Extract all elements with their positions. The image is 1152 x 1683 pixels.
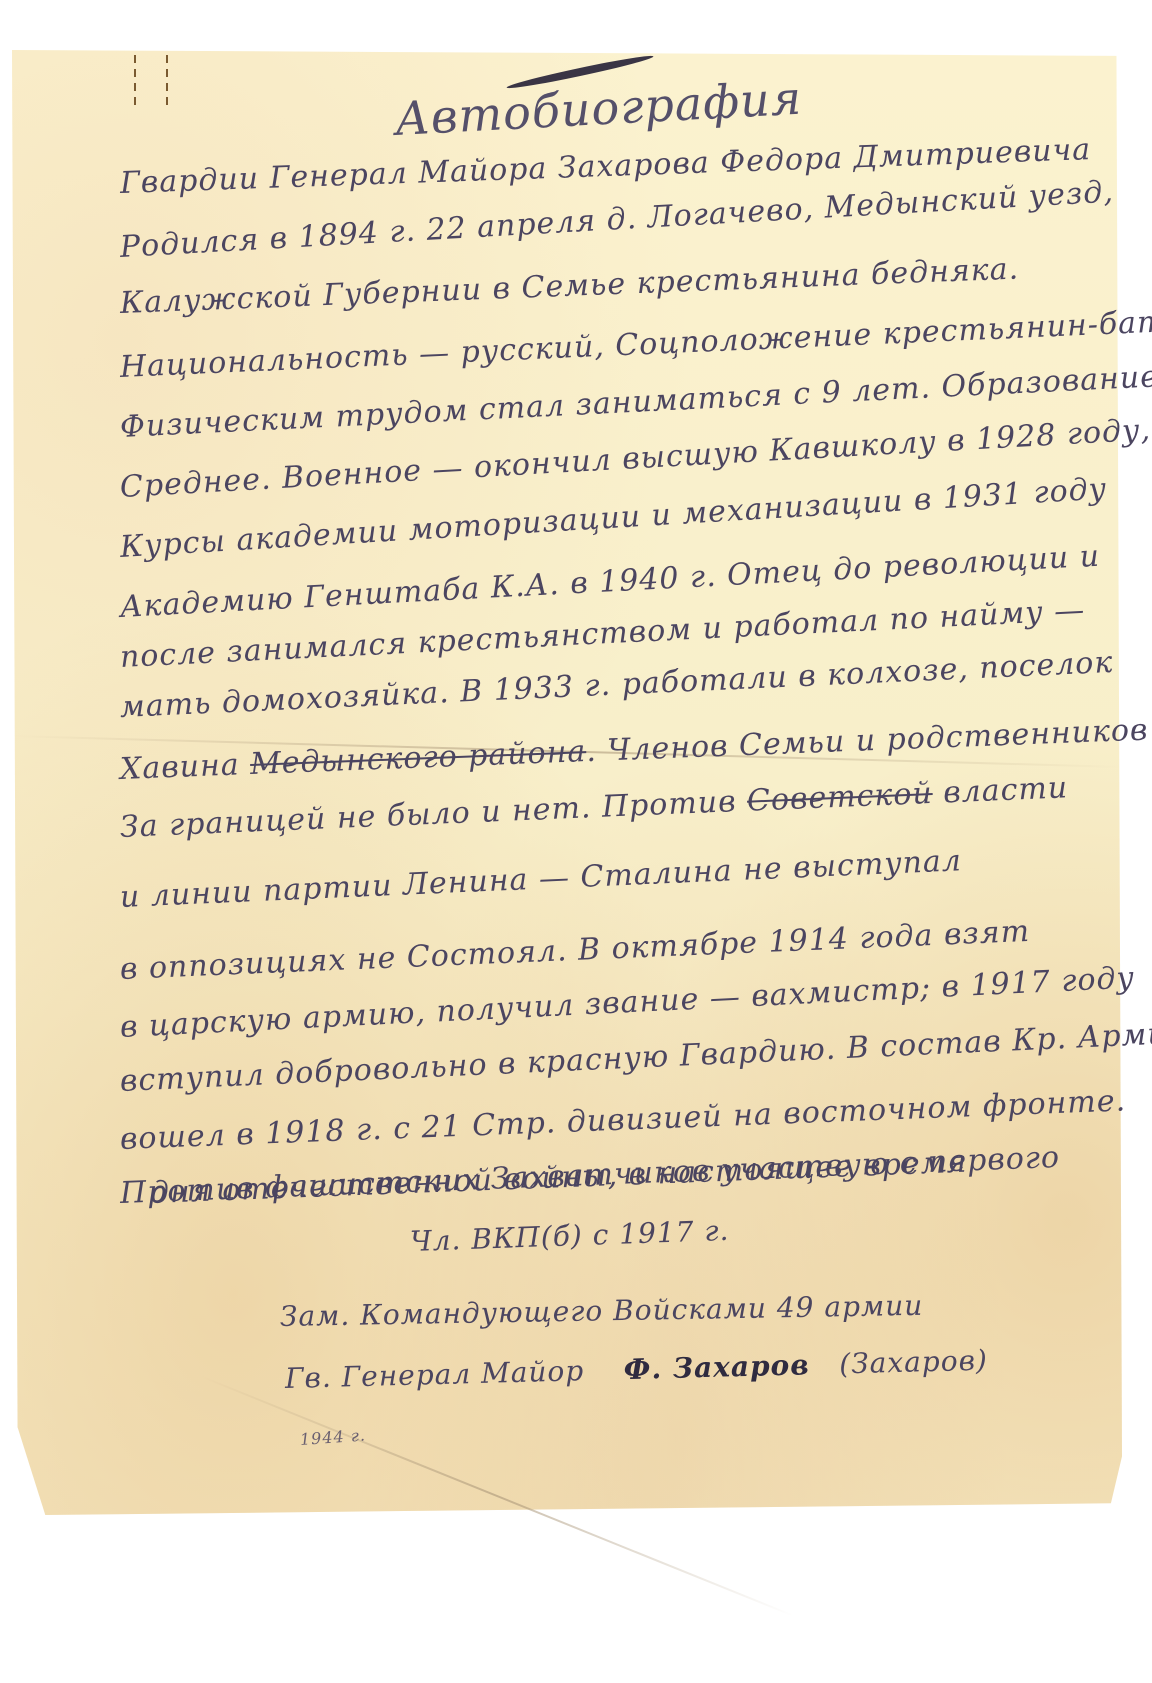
margin-punch-mark [166,55,168,110]
margin-punch-mark [134,55,136,110]
signature: Ф. Захаров [623,1348,810,1386]
signature-name: (Захаров) [839,1344,988,1381]
